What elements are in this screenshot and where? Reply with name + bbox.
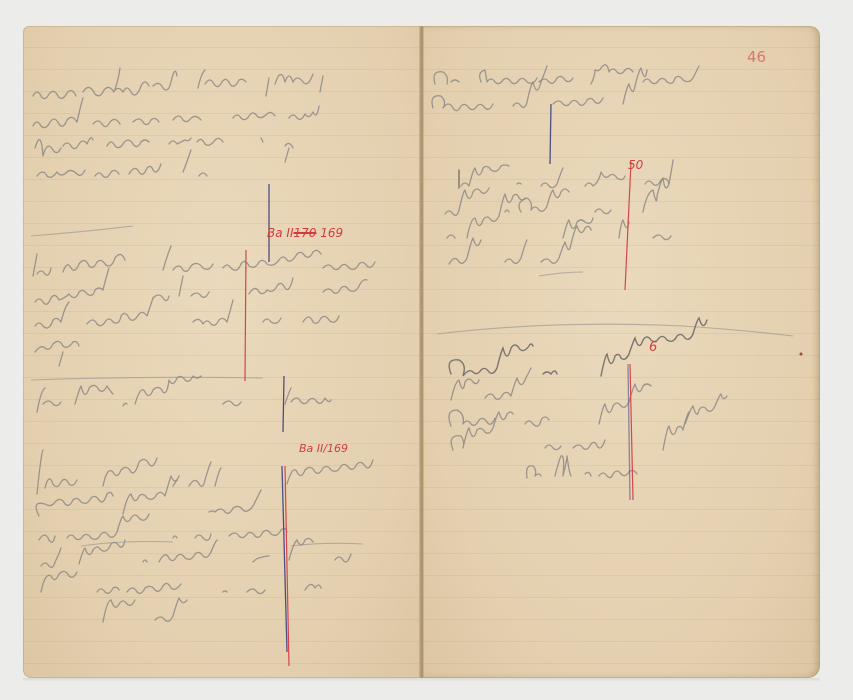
blue-margin-line-5	[628, 364, 630, 500]
blue-margin-line-2	[283, 376, 284, 432]
right-page: 46 50 6	[423, 26, 820, 678]
left-page: Ba II170 169 Ba II/169 24	[23, 26, 421, 678]
reference-number: 169	[320, 226, 343, 240]
handwriting-block-4	[36, 450, 373, 622]
right-page-handwriting	[423, 26, 820, 678]
ink-spot	[800, 353, 803, 356]
blue-margin-line-3	[282, 466, 287, 652]
archive-reference-4: 6	[649, 340, 657, 355]
red-margin-line-4	[630, 364, 633, 500]
handwriting-block-6	[445, 160, 673, 276]
handwriting-block-5	[432, 65, 699, 111]
archive-reference-3: 50	[628, 158, 643, 172]
handwriting-block-1	[33, 68, 323, 177]
archive-reference-prefix: Ba II	[267, 226, 293, 240]
handwriting-block-3	[37, 376, 331, 412]
handwriting-block-2	[33, 246, 375, 366]
struck-reference-number: 170	[293, 226, 316, 240]
notebook-spread: Ba II170 169 Ba II/169 24	[23, 26, 820, 678]
handwriting-block-7	[449, 318, 727, 478]
archive-reference-2: Ba II/169	[299, 442, 348, 455]
left-page-handwriting	[23, 26, 421, 678]
folio-number: 46	[747, 48, 766, 66]
red-margin-line-1	[245, 250, 246, 381]
red-margin-line-3	[625, 162, 631, 290]
archive-reference-1: Ba II170 169	[267, 226, 343, 240]
page-shadow	[23, 678, 820, 682]
blue-margin-line-4	[550, 104, 551, 164]
